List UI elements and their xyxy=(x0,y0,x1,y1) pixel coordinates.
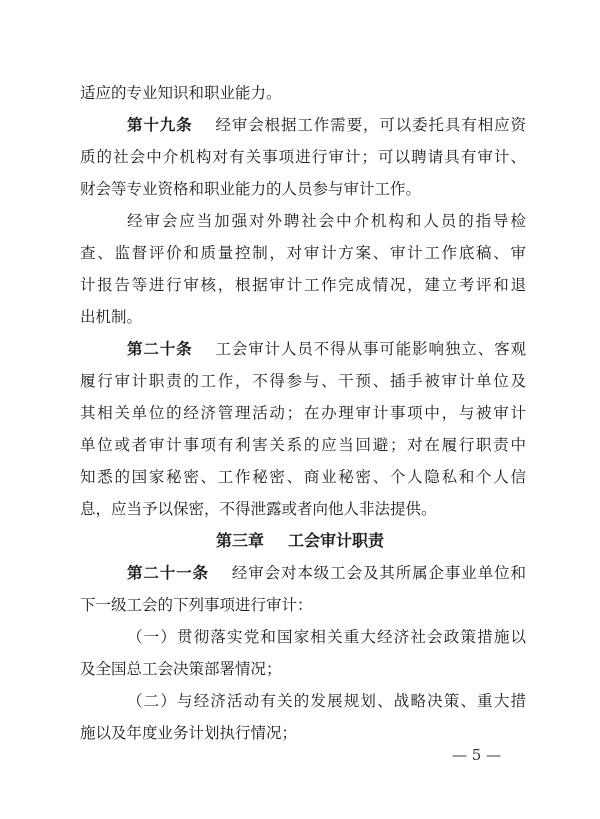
list-item-2-line: （二）与经济活动有关的发展规划、战略决策、重大措 xyxy=(127,691,526,711)
article-19-heading-line: 第十九条经审会根据工作需要，可以委托具有相应资 xyxy=(127,115,526,135)
text-line: 知悉的国家秘密、工作秘密、商业秘密、个人隐私和个人信 xyxy=(80,467,526,487)
chapter-title: 第三章工会审计职责 xyxy=(0,531,600,551)
text-line: 及全国总工会决策部署情况； xyxy=(80,659,526,679)
article-label: 第二十条 xyxy=(127,340,193,358)
article-text: 工会审计人员不得从事可能影响独立、客观 xyxy=(215,340,526,358)
text-line: 履行审计职责的工作，不得参与、干预、插手被审计单位及 xyxy=(80,371,526,391)
chapter-number: 第三章 xyxy=(216,531,264,550)
text-line: 下一级工会的下列事项进行审计： xyxy=(80,595,526,615)
text-line: 适应的专业知识和职业能力。 xyxy=(80,83,526,103)
text-line: 其相关单位的经济管理活动；在办理审计事项中，与被审计 xyxy=(80,403,526,423)
text-line: 施以及年度业务计划执行情况； xyxy=(80,723,526,743)
text-line: 单位或者审计事项有利害关系的应当回避；对在履行职责中 xyxy=(80,435,526,455)
article-text: 经审会对本级工会及其所属企事业单位和 xyxy=(231,564,526,582)
paragraph-start-line: 经审会应当加强对外聘社会中介机构和人员的指导检 xyxy=(127,211,526,231)
text-line: 财会等专业资格和职业能力的人员参与审计工作。 xyxy=(80,179,526,199)
document-page: 适应的专业知识和职业能力。 第十九条经审会根据工作需要，可以委托具有相应资 质的… xyxy=(0,0,600,819)
text-line: 质的社会中介机构对有关事项进行审计；可以聘请具有审计、 xyxy=(80,147,526,167)
list-item-1-line: （一）贯彻落实党和国家相关重大经济社会政策措施以 xyxy=(127,627,526,647)
chapter-name: 工会审计职责 xyxy=(288,531,384,550)
article-20-heading-line: 第二十条工会审计人员不得从事可能影响独立、客观 xyxy=(127,339,526,359)
text-line: 出机制。 xyxy=(80,307,526,327)
article-21-heading-line: 第二十一条经审会对本级工会及其所属企事业单位和 xyxy=(127,563,526,583)
text-line: 查、监督评价和质量控制，对审计方案、审计工作底稿、审 xyxy=(80,243,526,263)
text-line: 计报告等进行审核，根据审计工作完成情况，建立考评和退 xyxy=(80,275,526,295)
page-number: — 5 — xyxy=(452,745,501,765)
article-text: 经审会根据工作需要，可以委托具有相应资 xyxy=(215,116,526,134)
article-label: 第二十一条 xyxy=(127,564,209,582)
text-line: 息，应当予以保密，不得泄露或者向他人非法提供。 xyxy=(80,499,526,519)
article-label: 第十九条 xyxy=(127,116,193,134)
